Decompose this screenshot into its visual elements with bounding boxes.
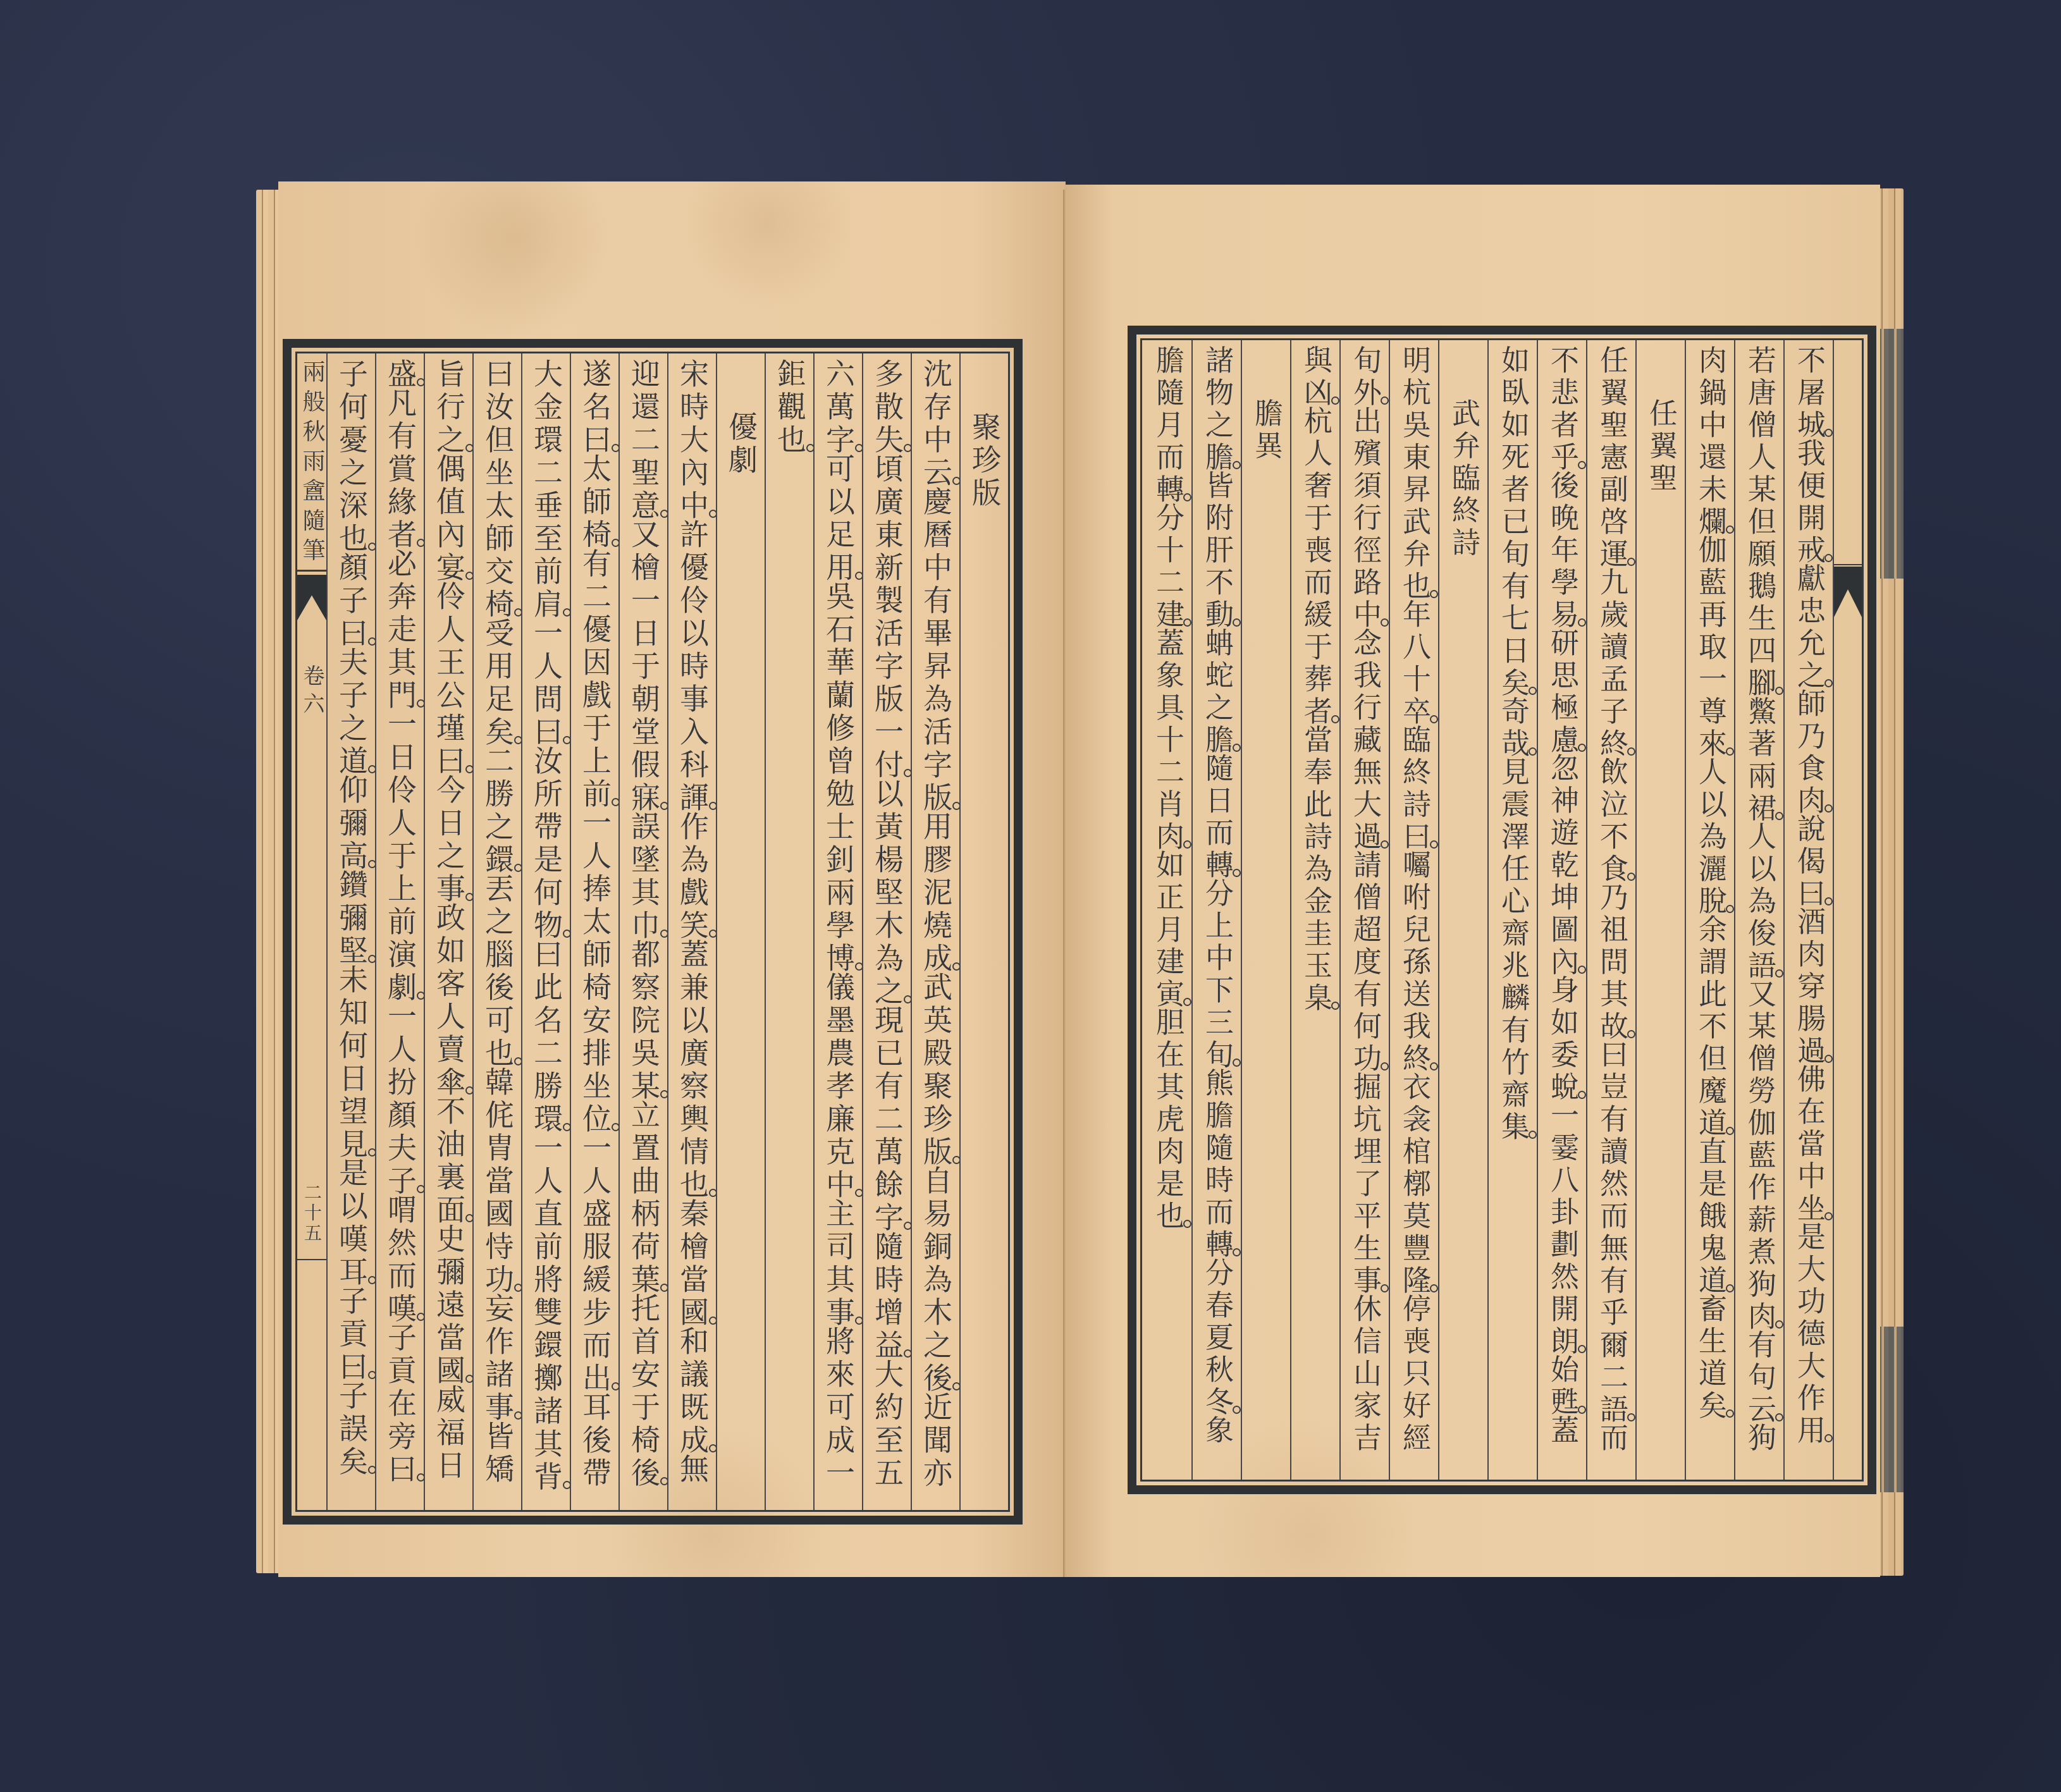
punctuation-circle: 。 (660, 1284, 668, 1292)
text-column: 與凶。杭人奢于喪而緩于葬者。當奉此詩為金圭玉臬。 (1290, 340, 1339, 1480)
punctuation-circle: 。 (709, 1189, 717, 1197)
punctuation-circle: 。 (612, 444, 619, 452)
punctuation-circle: 。 (1183, 840, 1191, 849)
text-column: 若唐僧人某但願鵝生四腳。鱉著兩裙。人以為俊語。又某僧勞伽藍作薪煮狗肉。有句云。狗 (1734, 340, 1783, 1480)
text-column: 六萬字。可以足用。吳石華蘭修曾勉士釗兩學博。儀墨農孝廉克中。主司其事。將來可成一 (813, 353, 862, 1510)
right-page-text-area: 不屠城。我便開戒。獻忠允之。師乃食肉。說偈曰。酒肉穿腸過。佛在當中坐。是大功德大… (1140, 338, 1864, 1482)
text-column: 諸物之膽。皆附肝不動。蚺蛇之膽。隨日而轉。分上中下三旬。熊膽隨時而轉。分春夏秋冬… (1191, 340, 1241, 1480)
punctuation-circle: 。 (660, 510, 668, 518)
punctuation-circle: 。 (1233, 744, 1241, 752)
volume-label: 卷六 (297, 665, 326, 720)
text-column: 盛。凡有賞緣者。必奔走其門。一日伶人于上前演劇。一人扮顏夫子。喟然而嘆。子貢在旁… (375, 353, 424, 1510)
punctuation-circle: 。 (1430, 715, 1438, 723)
punctuation-circle: 。 (1824, 554, 1833, 562)
punctuation-circle: 。 (709, 1316, 717, 1325)
punctuation-circle: 。 (904, 995, 911, 1003)
left-page-frame: 聚珍版 沈存中云。慶曆中有畢昇為活字版。用膠泥燒成。武英殿聚珍版。自易銅為木之後… (283, 339, 1023, 1525)
punctuation-circle: 。 (1627, 558, 1635, 566)
punctuation-circle: 。 (514, 1284, 522, 1292)
text-column: 肉鍋中還未爛。伽藍再取一尊來。人以為灑脫。余謂此不但魔道。直是餓鬼道。畜生道矣。 (1685, 340, 1734, 1480)
punctuation-circle: 。 (1381, 1062, 1389, 1071)
punctuation-circle: 。 (417, 1185, 424, 1193)
punctuation-circle: 。 (1233, 618, 1241, 627)
punctuation-circle: 。 (1726, 1409, 1734, 1418)
punctuation-circle: 。 (952, 1156, 960, 1164)
punctuation-circle: 。 (1430, 840, 1438, 849)
punctuation-circle: 。 (855, 444, 863, 452)
punctuation-circle: 。 (1430, 1284, 1438, 1292)
punctuation-circle: 。 (1824, 897, 1833, 905)
section-heading: 優劇 (716, 353, 765, 1510)
punctuation-circle: 。 (709, 930, 717, 938)
right-page-frame: 不屠城。我便開戒。獻忠允之。師乃食肉。說偈曰。酒肉穿腸過。佛在當中坐。是大功德大… (1128, 326, 1876, 1494)
page-number: 二十五 (297, 1183, 326, 1244)
banner-divider (297, 1259, 326, 1260)
text-column: 宋時大內中。許優伶以時事入科諢。作為戲笑。蓋兼以廣察輿情也。秦檜當國。和議既成。… (667, 353, 716, 1510)
punctuation-circle: 。 (465, 765, 473, 773)
punctuation-circle: 。 (806, 444, 814, 452)
punctuation-circle: 。 (1578, 966, 1586, 974)
punctuation-circle: 。 (1578, 744, 1586, 752)
punctuation-circle: 。 (1627, 873, 1635, 881)
punctuation-circle: 。 (465, 1375, 473, 1383)
punctuation-circle: 。 (660, 1477, 668, 1485)
punctuation-circle: 。 (563, 1481, 570, 1489)
text-column: 膽隨月而轉。分十二建。蓋象具十二肖肉。如正月建寅。胆在其虎肉是也。 (1142, 340, 1191, 1480)
punctuation-circle: 。 (368, 637, 376, 646)
punctuation-circle: 。 (465, 444, 473, 452)
punctuation-circle: 。 (1233, 869, 1241, 877)
punctuation-circle: 。 (904, 1349, 911, 1358)
punctuation-circle: 。 (952, 802, 960, 810)
punctuation-circle: 。 (368, 1148, 376, 1157)
section-heading: 任翼聖 (1635, 340, 1685, 1480)
punctuation-circle: 。 (952, 1382, 960, 1390)
text-column: 旬外。出殯須行徑路中。念我行藏無大過。請僧超度有何功。掘坑埋了平生事。休信山家吉 (1339, 340, 1389, 1480)
book-spine-fold (1063, 190, 1066, 1577)
punctuation-circle: 。 (1233, 461, 1241, 469)
punctuation-circle: 。 (1529, 687, 1537, 695)
punctuation-circle: 。 (855, 572, 863, 580)
punctuation-circle: 。 (368, 1466, 376, 1474)
section-heading: 武弁臨終詩 (1438, 340, 1487, 1480)
punctuation-circle: 。 (417, 1473, 424, 1482)
punctuation-circle: 。 (1775, 969, 1783, 978)
punctuation-circle: 。 (660, 1090, 668, 1098)
punctuation-circle: 。 (1233, 1248, 1241, 1256)
punctuation-circle: 。 (1627, 747, 1635, 756)
punctuation-circle: 。 (514, 1057, 522, 1065)
punctuation-circle: 。 (417, 1313, 424, 1321)
punctuation-circle: 。 (417, 539, 424, 547)
fish-tail-mark-icon (1834, 567, 1862, 617)
punctuation-circle: 。 (1578, 1406, 1586, 1414)
punctuation-circle: 。 (1578, 461, 1586, 469)
punctuation-circle: 。 (1824, 1055, 1833, 1063)
punctuation-circle: 。 (612, 1123, 619, 1131)
text-column: 如臥如死者已旬有七日矣。奇哉。見震澤任心齋兆麟有竹齋集。 (1487, 340, 1537, 1480)
text-column: 不屠城。我便開戒。獻忠允之。師乃食肉。說偈曰。酒肉穿腸過。佛在當中坐。是大功德大… (1783, 340, 1833, 1480)
left-page-stack-edge (256, 190, 281, 1573)
punctuation-circle: 。 (465, 572, 473, 580)
punctuation-circle: 。 (514, 864, 522, 872)
punctuation-circle: 。 (1775, 1413, 1783, 1421)
punctuation-circle: 。 (1726, 1284, 1734, 1292)
punctuation-circle: 。 (417, 699, 424, 708)
center-margin-banner: 兩般秋雨盦隨筆 卷六 二十五 (297, 353, 326, 1510)
punctuation-circle: 。 (904, 769, 911, 777)
punctuation-circle: 。 (952, 962, 960, 971)
section-heading: 聚珍版 (959, 353, 1008, 1510)
punctuation-circle: 。 (1430, 1062, 1438, 1071)
punctuation-circle: 。 (1824, 1212, 1833, 1220)
punctuation-circle: 。 (368, 543, 376, 551)
text-column: 任翼聖憲副啓運。九歲讀孟子終。飲泣不食。乃祖問其故。曰豈有讀然而無有乎爾二語。而 (1586, 340, 1635, 1480)
punctuation-circle: 。 (1627, 1030, 1635, 1038)
punctuation-circle: 。 (1381, 840, 1389, 849)
punctuation-circle: 。 (1775, 812, 1783, 820)
punctuation-circle: 。 (1824, 1434, 1833, 1442)
punctuation-circle: 。 (1578, 618, 1586, 627)
text-column: 多散失。頃廣東新製活字版一付。以黃楊堅木為之。現已有二萬餘字。隨時增益。大約至五 (862, 353, 911, 1510)
punctuation-circle: 。 (1381, 1284, 1389, 1292)
punctuation-circle: 。 (465, 1214, 473, 1222)
punctuation-circle: 。 (904, 444, 911, 452)
punctuation-circle: 。 (563, 608, 570, 617)
punctuation-circle: 。 (612, 539, 619, 547)
punctuation-circle: 。 (368, 1371, 376, 1379)
punctuation-circle: 。 (1529, 1131, 1537, 1139)
punctuation-circle: 。 (1824, 804, 1833, 813)
punctuation-circle: 。 (709, 1444, 717, 1452)
punctuation-circle: 。 (1775, 687, 1783, 695)
punctuation-circle: 。 (465, 893, 473, 901)
punctuation-circle: 。 (514, 1411, 522, 1420)
punctuation-circle: 。 (1233, 1406, 1241, 1414)
punctuation-circle: 。 (952, 477, 960, 485)
text-column: 大金環二垂至前肩。一人問曰。汝所帶是何物。曰此名二勝環。一人直前將雙鐶擲諸其背。 (521, 353, 570, 1510)
punctuation-circle: 。 (1331, 715, 1339, 723)
punctuation-circle: 。 (612, 798, 619, 806)
banner-divider (1834, 564, 1862, 565)
punctuation-circle: 。 (1430, 590, 1438, 598)
punctuation-circle: 。 (1824, 429, 1833, 437)
punctuation-circle: 。 (1381, 618, 1389, 627)
punctuation-circle: 。 (612, 1382, 619, 1390)
punctuation-circle: 。 (465, 1086, 473, 1095)
text-column: 不悲者乎。後晚年學易。研思極慮。忽神遊乾坤圖內。身如委蛻。一霎八卦劃然開朗。始甦… (1537, 340, 1586, 1480)
punctuation-circle: 。 (1578, 1345, 1586, 1353)
punctuation-circle: 。 (1331, 396, 1339, 405)
punctuation-circle: 。 (1627, 1413, 1635, 1421)
punctuation-circle: 。 (709, 802, 717, 810)
punctuation-circle: 。 (904, 1222, 911, 1230)
punctuation-circle: 。 (368, 860, 376, 868)
punctuation-circle: 。 (1529, 747, 1537, 756)
punctuation-circle: 。 (368, 1276, 376, 1284)
center-margin-strip (1833, 340, 1862, 1480)
section-heading: 膽異 (1241, 340, 1290, 1480)
text-column: 鉅觀也。 (765, 353, 813, 1510)
punctuation-circle: 。 (855, 1189, 863, 1197)
banner-divider (297, 570, 326, 572)
punctuation-circle: 。 (1233, 1059, 1241, 1067)
punctuation-circle: 。 (855, 1316, 863, 1325)
text-column: 明杭吳東昇武弁也。年八十卒。臨終詩曰。囑咐兒孫送我終。衣衾棺槨莫豐隆。停喪只好經 (1389, 340, 1438, 1480)
punctuation-circle: 。 (1183, 493, 1191, 501)
punctuation-circle: 。 (1578, 1091, 1586, 1099)
punctuation-circle: 。 (1726, 905, 1734, 913)
text-column: 旨行之。偶值內宴。伶人王公瑾曰。今日之事。政如客人賣傘。不油裏面。史彌遠當國。威… (424, 353, 472, 1510)
text-column: 遂名曰。太師椅。有二優因戲于上前。一人捧太師椅安排坐位。一人盛服緩步而出。耳後帶 (570, 353, 618, 1510)
punctuation-circle: 。 (709, 510, 717, 518)
punctuation-circle: 。 (1824, 679, 1833, 687)
punctuation-circle: 。 (368, 955, 376, 963)
punctuation-circle: 。 (1381, 396, 1389, 405)
punctuation-circle: 。 (855, 962, 863, 971)
punctuation-circle: 。 (563, 736, 570, 744)
punctuation-circle: 。 (417, 991, 424, 1000)
punctuation-circle: 。 (368, 765, 376, 773)
punctuation-circle: 。 (563, 930, 570, 938)
punctuation-circle: 。 (514, 608, 522, 617)
punctuation-circle: 。 (660, 930, 668, 938)
text-column: 沈存中云。慶曆中有畢昇為活字版。用膠泥燒成。武英殿聚珍版。自易銅為木之後。近聞亦 (911, 353, 959, 1510)
punctuation-circle: 。 (1726, 747, 1734, 756)
left-page-text-area: 聚珍版 沈存中云。慶曆中有畢昇為活字版。用膠泥燒成。武英殿聚珍版。自易銅為木之後… (295, 352, 1010, 1512)
punctuation-circle: 。 (563, 1123, 570, 1131)
fish-tail-mark-icon (297, 575, 326, 620)
text-column: 曰汝但坐太師交椅。受用足矣。二勝之鐶。丟之腦後可也。韓侂胄當國恃功。妄作諸事。皆… (472, 353, 521, 1510)
punctuation-circle: 。 (514, 736, 522, 744)
punctuation-circle: 。 (417, 378, 424, 386)
punctuation-circle: 。 (1726, 525, 1734, 534)
book-title: 兩般秋雨盦隨筆 (297, 360, 326, 568)
punctuation-circle: 。 (1183, 618, 1191, 627)
punctuation-circle: 。 (1775, 1320, 1783, 1329)
text-column: 迎還二聖意。又檜一日于朝堂假寐。誤墜其巾。都察院吳某。立置曲柄荷葉。托首安于椅後… (618, 353, 667, 1510)
punctuation-circle: 。 (1726, 1127, 1734, 1135)
punctuation-circle: 。 (1331, 1002, 1339, 1010)
text-column: 子何憂之深也。顏子曰。夫子之道。仰彌高。鑽彌堅。未知何日望見。是以嘆耳。子貢曰。… (326, 353, 375, 1510)
punctuation-circle: 。 (1183, 998, 1191, 1006)
punctuation-circle: 。 (1183, 1220, 1191, 1228)
punctuation-circle: 。 (660, 802, 668, 810)
